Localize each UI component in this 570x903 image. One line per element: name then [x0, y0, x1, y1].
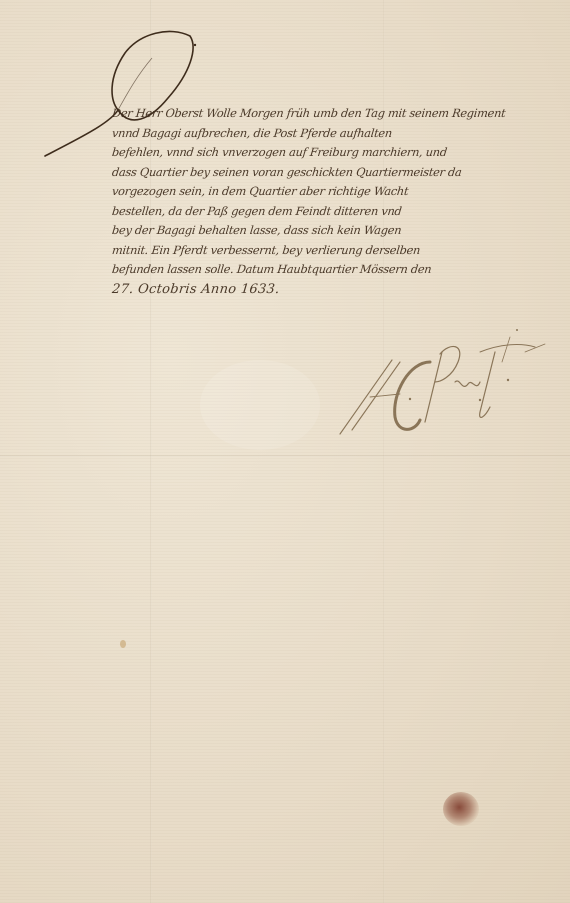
letter-body: Der Herr Oberst Wolle Morgen früh umb de…	[112, 104, 560, 299]
text-line: Der Herr Oberst Wolle Morgen früh umb de…	[111, 104, 561, 124]
text-line: bestellen, da der Paß gegen dem Feindt d…	[111, 202, 561, 222]
text-line: vnnd Bagagi aufbrechen, die Post Pferde …	[111, 124, 561, 144]
document-page: Der Herr Oberst Wolle Morgen früh umb de…	[0, 0, 570, 903]
text-line: dass Quartier bey seinen voran geschickt…	[111, 163, 561, 183]
wax-seal-trace	[443, 792, 479, 826]
text-line: befehlen, vnnd sich vnverzogen auf Freib…	[111, 143, 561, 163]
paper-spot	[120, 640, 126, 648]
text-line: befunden lassen solle. Datum Haubtquarti…	[111, 260, 561, 280]
signature-text: H. C. Vitzthum	[372, 348, 570, 446]
paper-stain	[200, 360, 320, 450]
text-line: vorgezogen sein, in dem Quartier aber ri…	[111, 182, 561, 202]
date-line: 27. Octobris Anno 1633.	[111, 280, 561, 300]
horizontal-fold-line	[0, 455, 570, 457]
text-line: mitnit. Ein Pferdt verbessernt, bey verl…	[111, 241, 561, 261]
text-line: bey der Bagagi behalten lasse, dass sich…	[111, 221, 561, 241]
